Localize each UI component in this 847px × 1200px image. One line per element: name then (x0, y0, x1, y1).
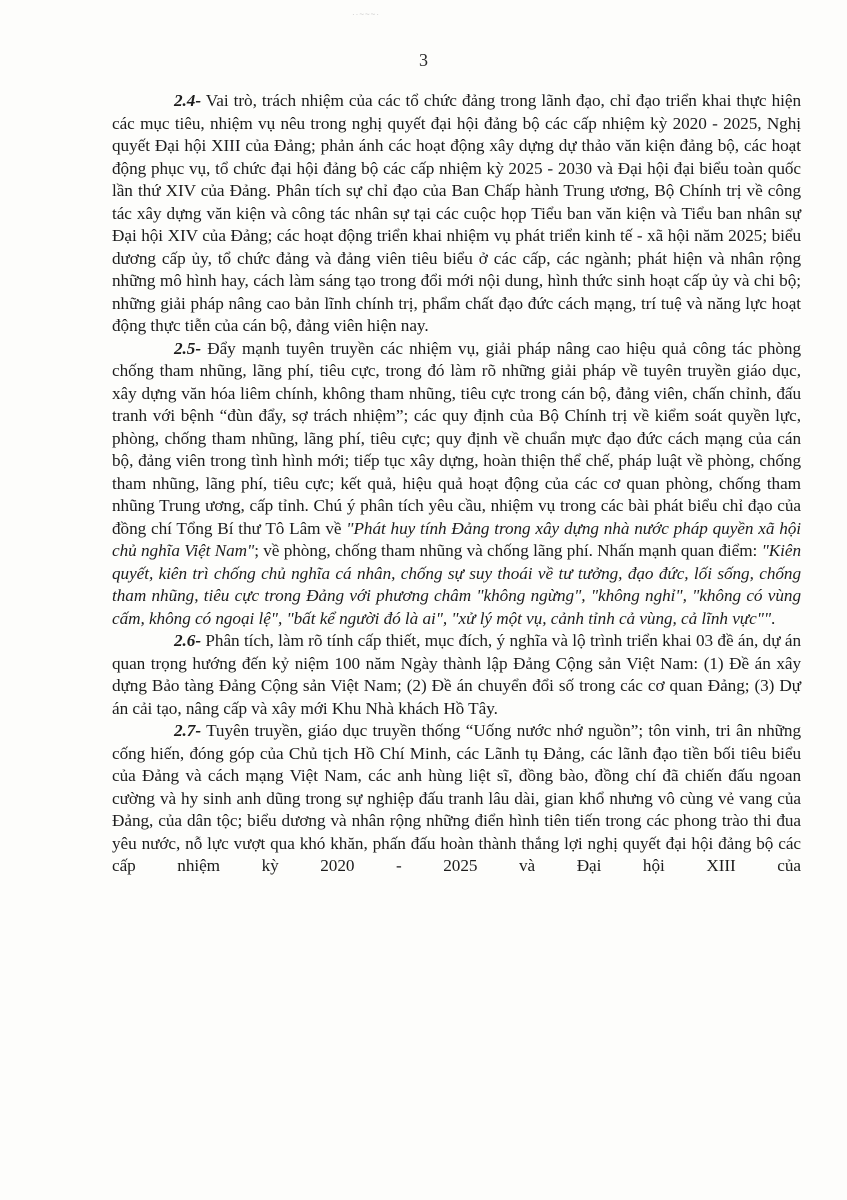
section-2-5: 2.5- Đẩy mạnh tuyên truyền các nhiệm vụ,… (112, 338, 801, 631)
section-number: 2.4- (174, 91, 201, 110)
section-number: 2.6- (174, 631, 201, 650)
section-text: Tuyên truyền, giáo dục truyền thống “Uốn… (112, 721, 801, 875)
page-number: 3 (0, 50, 847, 71)
document-body: 2.4- Vai trò, trách nhiệm của các tổ chứ… (112, 90, 801, 878)
section-number: 2.5- (174, 339, 201, 358)
section-text: ; về phòng, chống tham nhũng và chống lã… (254, 541, 761, 560)
section-text: . (771, 609, 775, 628)
section-text: Đẩy mạnh tuyên truyền các nhiệm vụ, giải… (112, 339, 801, 538)
faint-stamp-mark: ··~~~· (352, 10, 380, 19)
section-2-4: 2.4- Vai trò, trách nhiệm của các tổ chứ… (112, 90, 801, 338)
section-2-6: 2.6- Phân tích, làm rõ tính cấp thiết, m… (112, 630, 801, 720)
section-text: Phân tích, làm rõ tính cấp thiết, mục đí… (112, 631, 801, 718)
section-text: Vai trò, trách nhiệm của các tổ chức đản… (112, 91, 801, 335)
section-2-7: 2.7- Tuyên truyền, giáo dục truyền thống… (112, 720, 801, 878)
section-number: 2.7- (174, 721, 201, 740)
